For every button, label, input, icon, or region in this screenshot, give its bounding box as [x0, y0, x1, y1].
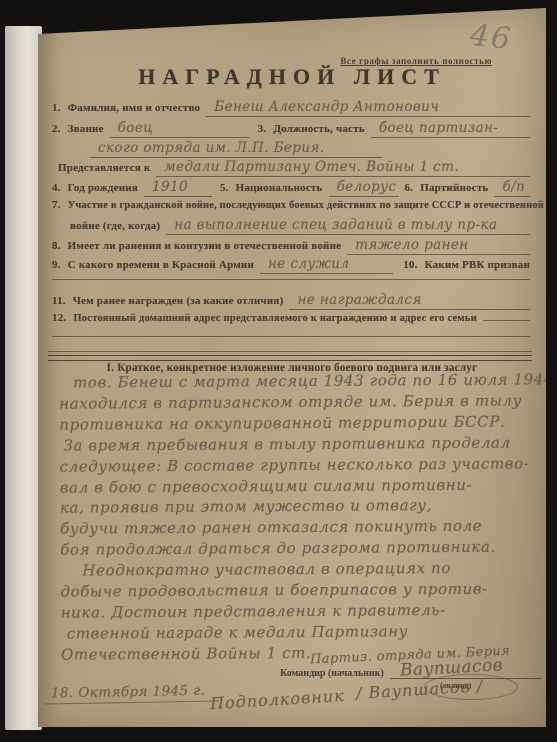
section-divider: [48, 355, 532, 361]
field-number: 9.: [52, 259, 61, 271]
merit-line: добыче продовольствия и боеприпасов у пр…: [60, 578, 534, 602]
field-value: б/п: [494, 179, 530, 197]
field-label: Чем ранее награжден (за какие отличия): [73, 295, 284, 307]
blank-line: [48, 351, 532, 352]
merit-description: тов. Бенеш с марта месяца 1943 года по 1…: [59, 369, 535, 665]
commander-label: Командир (начальник): [280, 668, 384, 679]
field-value: не служил: [260, 256, 393, 274]
document-title: НАГРАДНОЙ ЛИСТ: [38, 64, 546, 90]
field-war-participation: 7. Участие в гражданской войне, последую…: [52, 199, 530, 218]
field-label: Представляется к: [58, 162, 150, 174]
field-home-address: 12. Постоянный домашний адрес представля…: [52, 312, 530, 331]
field-wounds: 8. Имеет ли ранения и контузии в отечест…: [52, 237, 530, 256]
field-number: 11.: [52, 295, 66, 307]
field-number: 2.: [52, 123, 61, 135]
merit-line: вал в бою с превосходящими силами против…: [60, 474, 534, 498]
blank-line: [52, 279, 530, 280]
field-number: 5.: [220, 182, 229, 194]
field-label: Звание: [68, 123, 104, 135]
field-number: 8.: [52, 240, 61, 252]
scanned-document: 46 Все графы заполнить полностью НАГРАДН…: [0, 0, 557, 742]
page-stack-edge: [5, 26, 42, 730]
field-label: Постоянный домашний адрес представляемог…: [73, 313, 477, 324]
field-value: ского отряда им. Л.П. Берия.: [90, 140, 382, 158]
field-number: 4.: [52, 182, 61, 194]
field-name: 1. Фамилия, имя и отчество Бенеш Алексан…: [52, 99, 530, 118]
field-number: 7.: [52, 199, 61, 211]
field-value: медали Партизану Отеч. Войны 1 ст.: [156, 159, 530, 177]
field-value: 1910: [144, 179, 212, 197]
field-number: 12.: [52, 312, 66, 324]
signer-rank: Подполковник: [210, 686, 346, 713]
field-number: 10.: [403, 259, 417, 271]
field-label: Фамилия, имя и отчество: [68, 102, 201, 114]
merit-line: противника на оккупированной территории …: [59, 411, 533, 435]
field-label: Должность, часть: [273, 123, 365, 135]
field-value: боец партизан-: [371, 120, 530, 138]
merit-line: За время пребывания в тылу противника пр…: [59, 432, 533, 456]
field-value: на выполнение спец заданий в тылу пр-ка: [166, 217, 530, 235]
field-value: боец: [110, 120, 250, 138]
field-previous-awards: 11. Чем ранее награжден (за какие отличи…: [52, 292, 530, 311]
field-submitted-for: Представляется к медали Партизану Отеч. …: [58, 159, 530, 178]
field-label: Национальность: [236, 182, 323, 194]
merit-line: следующее: В составе группы несколько ра…: [60, 453, 534, 477]
field-number: 6.: [405, 182, 414, 194]
field-label: Участие в гражданской войне, последующих…: [68, 200, 544, 211]
field-value: не награждался: [289, 292, 530, 310]
field-label: Год рождения: [68, 182, 138, 194]
field-army-service: 9. С какого времени в Красной Армии не с…: [52, 256, 530, 275]
field-label: Имеет ли ранения и контузии в отечествен…: [68, 240, 342, 252]
document-date: 18. Октября 1945 г.: [45, 682, 219, 704]
corner-page-number: 46: [468, 18, 514, 57]
field-number: 1.: [52, 102, 61, 114]
field-position-continued: ского отряда им. Л.П. Берия.: [90, 139, 382, 158]
field-value-blank: [483, 319, 530, 321]
field-label: С какого времени в Красной Армии: [68, 259, 254, 271]
field-label: Партийность: [420, 182, 488, 194]
merit-line: боя продолжал драться до разгрома против…: [60, 537, 534, 561]
field-value: белорус: [329, 179, 399, 197]
field-number: 3.: [258, 123, 267, 135]
field-label: Каким РВК призван: [425, 259, 530, 271]
field-value: тяжело ранен: [347, 237, 530, 255]
field-birth-nationality-party: 4. Год рождения 1910 5. Национальность б…: [52, 179, 530, 198]
award-sheet-paper: 46 Все графы заполнить полностью НАГРАДН…: [38, 8, 546, 727]
field-label: войне (где, когда): [70, 220, 160, 232]
field-war-participation-2: войне (где, когда) на выполнение спец за…: [70, 217, 530, 236]
field-value: Бенеш Александр Антонович: [206, 99, 530, 117]
blank-line: [52, 336, 530, 337]
field-rank-position: 2. Звание боец 3. Должность, часть боец …: [52, 120, 530, 139]
